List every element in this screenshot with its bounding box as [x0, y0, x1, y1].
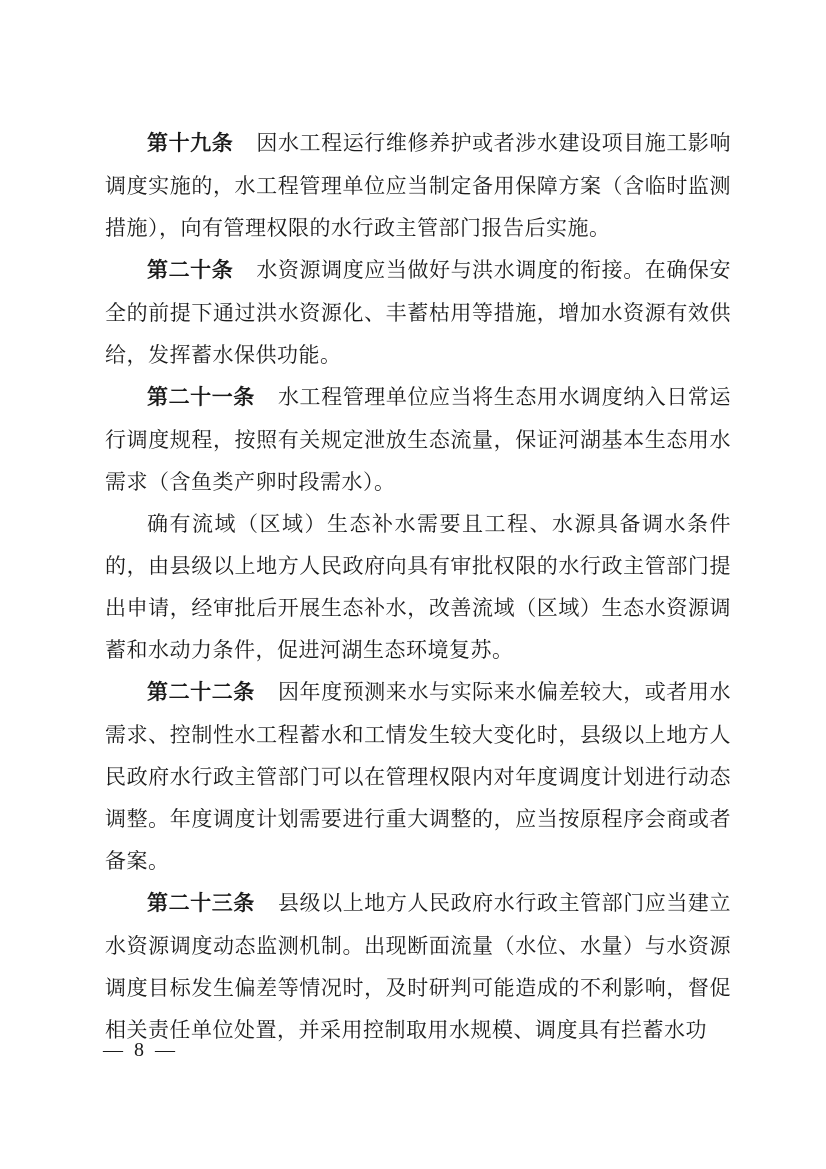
- article-paragraph: 确有流域（区域）生态补水需要且工程、水源具备调水条件的，由县级以上地方人民政府向…: [105, 503, 731, 671]
- document-page: 第十九条因水工程运行维修养护或者涉水建设项目施工影响调度实施的，水工程管理单位应…: [0, 0, 826, 1169]
- paragraph-text: 因年度预测来水与实际来水偏差较大，或者用水需求、控制性水工程蓄水和工情发生较大变…: [105, 680, 731, 873]
- document-body: 第十九条因水工程运行维修养护或者涉水建设项目施工影响调度实施的，水工程管理单位应…: [105, 122, 731, 1051]
- article-number: 第十九条: [147, 132, 233, 155]
- article-paragraph: 第二十条水资源调度应当做好与洪水调度的衔接。在确保安全的前提下通过洪水资源化、丰…: [105, 249, 731, 376]
- article-number: 第二十条: [147, 259, 233, 282]
- paragraph-text: 确有流域（区域）生态补水需要且工程、水源具备调水条件的，由县级以上地方人民政府向…: [105, 512, 731, 662]
- article-number: 第二十三条: [147, 892, 255, 915]
- article-paragraph: 第十九条因水工程运行维修养护或者涉水建设项目施工影响调度实施的，水工程管理单位应…: [105, 122, 731, 249]
- article-number: 第二十一条: [147, 386, 255, 409]
- page-number: — 8 —: [103, 1038, 178, 1062]
- article-paragraph: 第二十一条水工程管理单位应当将生态用水调度纳入日常运行调度规程，按照有关规定泄放…: [105, 376, 731, 503]
- article-number: 第二十二条: [147, 681, 255, 704]
- article-paragraph: 第二十三条县级以上地方人民政府水行政主管部门应当建立水资源调度动态监测机制。出现…: [105, 882, 731, 1051]
- article-paragraph: 第二十二条因年度预测来水与实际来水偏差较大，或者用水需求、控制性水工程蓄水和工情…: [105, 671, 731, 882]
